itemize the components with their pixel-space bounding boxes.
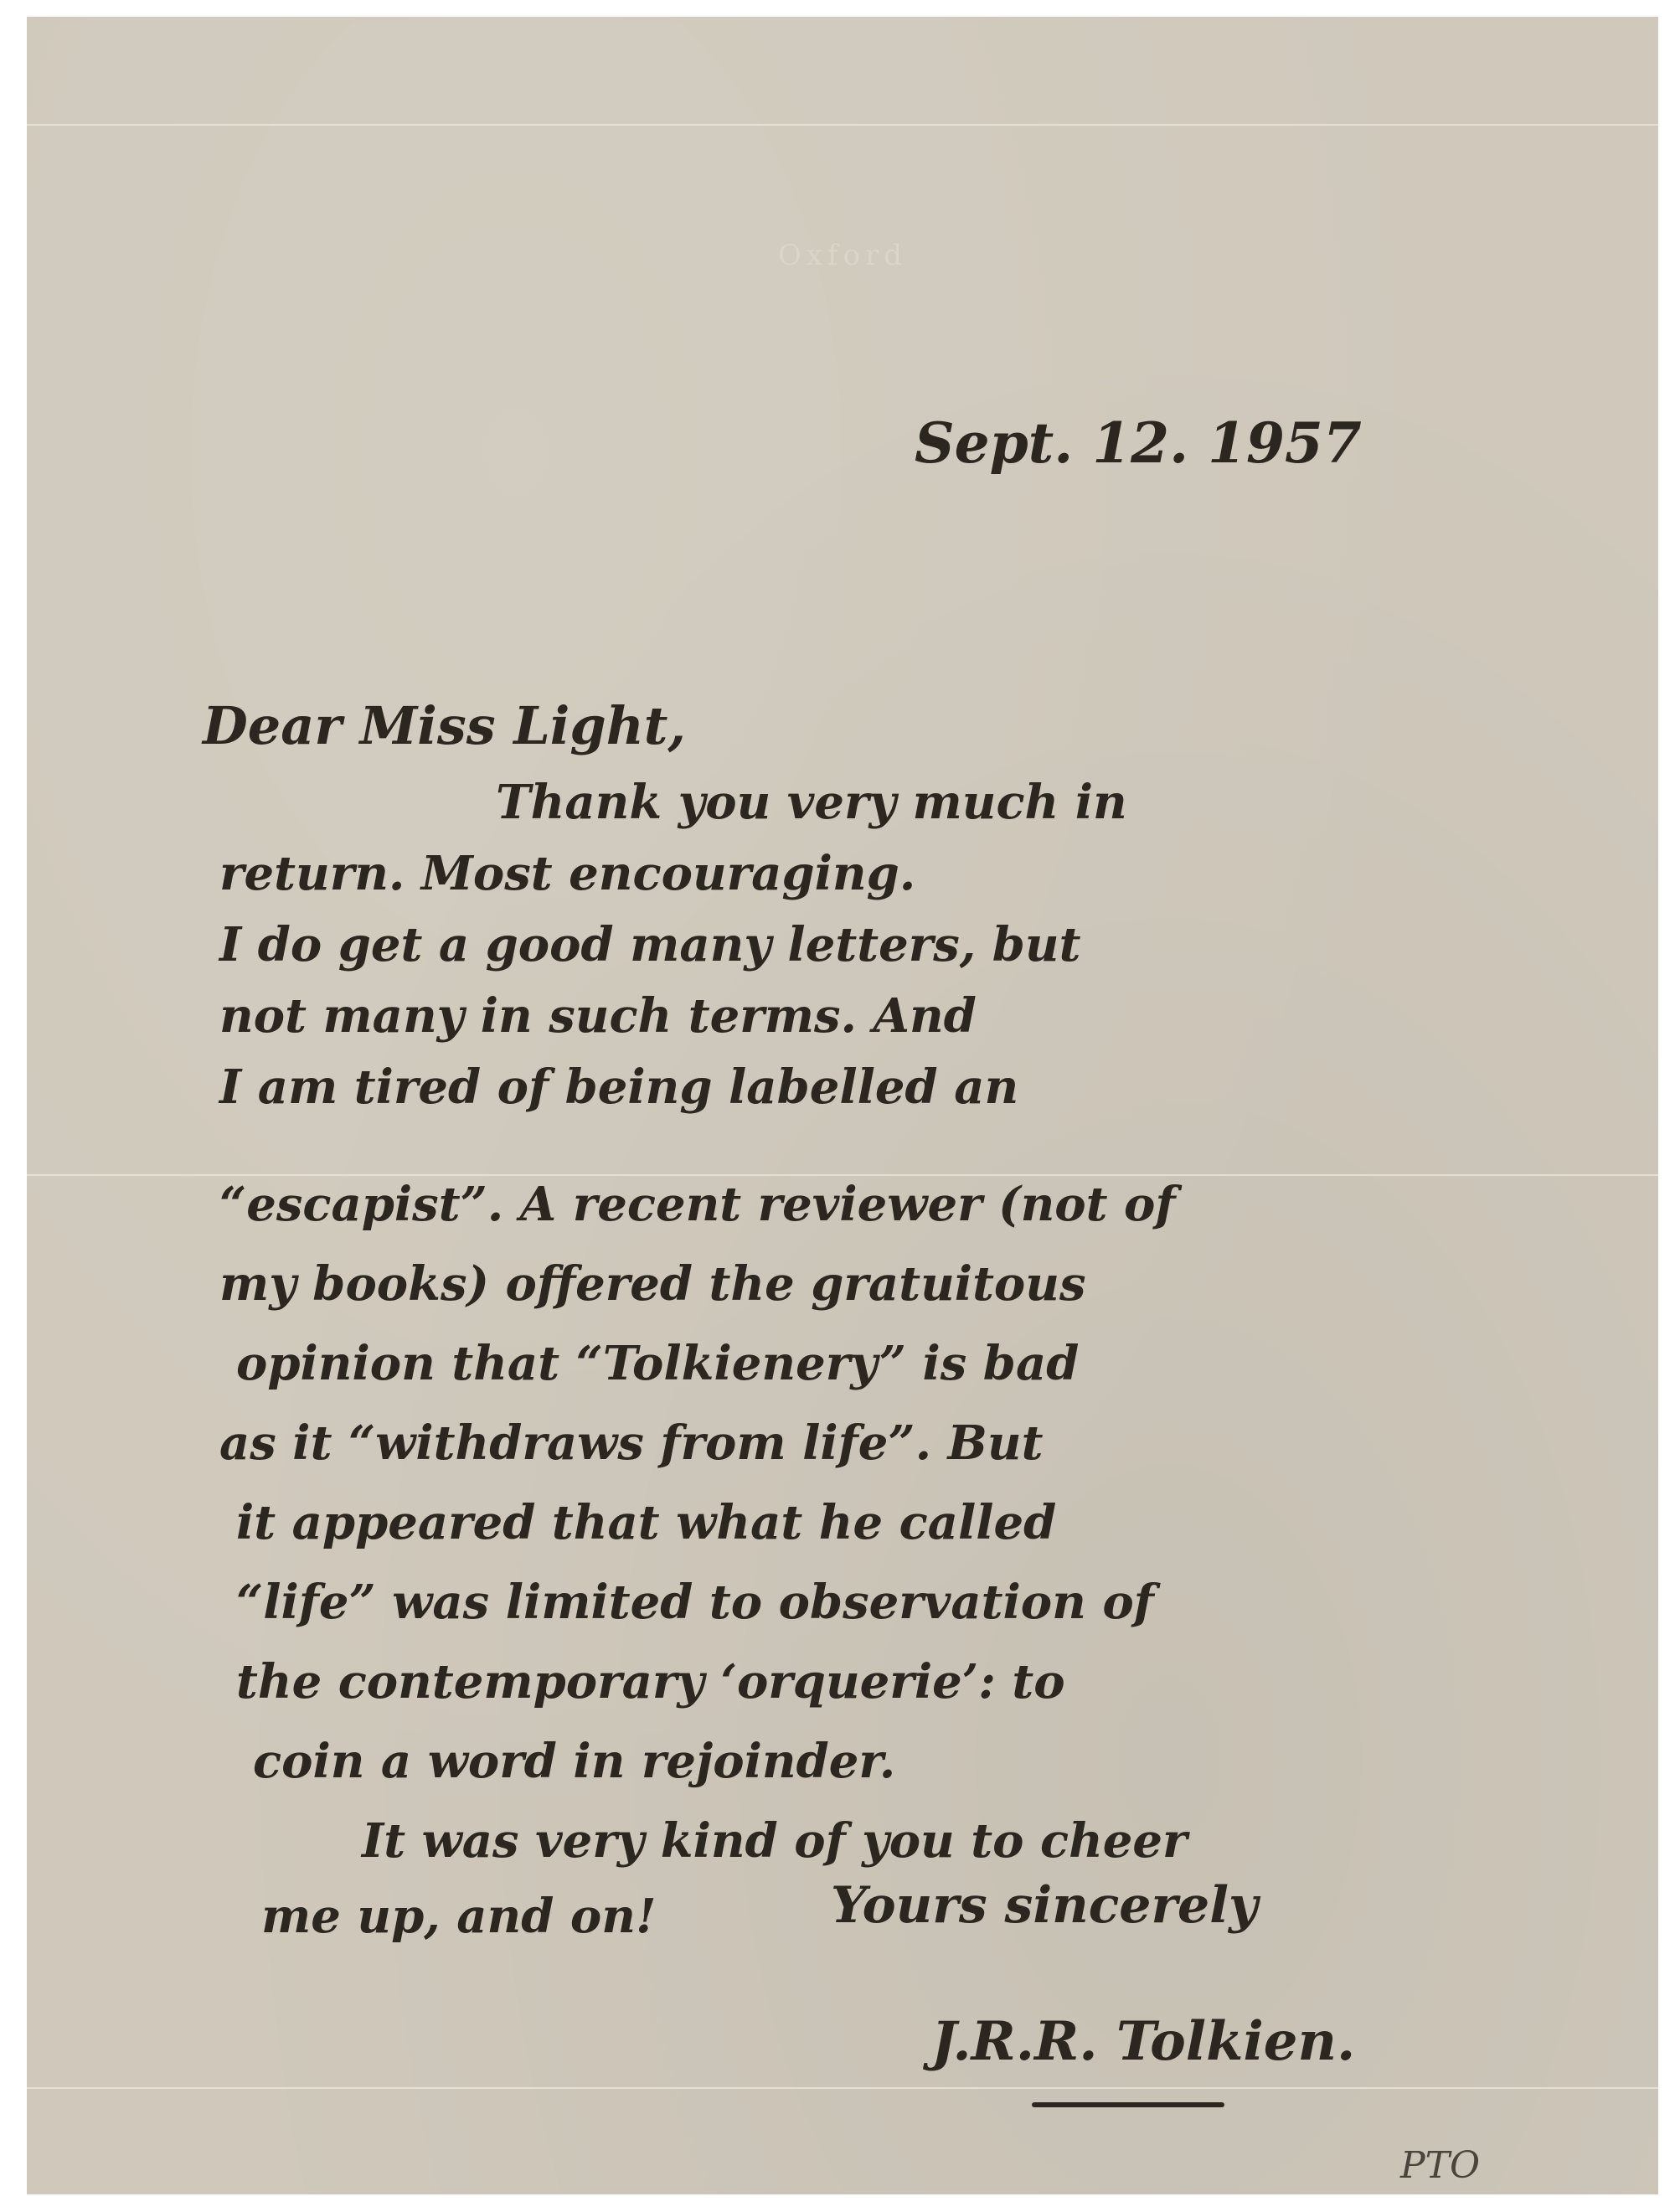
letterhead-city: Oxford [27,239,1658,272]
body-line: not many in such terms. And [219,988,977,1044]
body-line: I do get a good many letters, but [219,917,1080,972]
fold-crease-top [27,124,1658,126]
fold-crease-middle [27,1174,1658,1176]
letter-salutation: Dear Miss Light, [203,695,686,756]
letter-date: Sept. 12. 1957 [915,410,1362,476]
body-line: as it “withdraws from life”. But [219,1415,1043,1471]
fold-crease-bottom [27,2087,1658,2089]
body-line: “escapist”. A recent reviewer (not of [219,1177,1175,1232]
body-line: return. Most encouraging. [219,846,915,901]
body-line: It was very kind of you to cheer [362,1813,1188,1869]
signature-underline [1032,2102,1224,2107]
letter-signature: J.R.R. Tolkien. [931,2010,1355,2073]
pto-note: PTO [1400,2144,1480,2187]
letter-page: Oxford Sept. 12. 1957 Dear Miss Light, T… [27,17,1658,2194]
body-line: my books) offered the gratuitous [219,1256,1086,1312]
body-line: “life” was limited to observation of [236,1575,1154,1630]
letter-closing: Yours sincerely [831,1876,1258,1935]
body-line: coin a word in rejoinder. [253,1734,895,1789]
body-line: the contemporary ‘orquerie’: to [236,1654,1065,1709]
body-line: opinion that “Tolkienery” is bad [236,1336,1079,1391]
body-line: me up, and on! [261,1889,657,1944]
body-line: it appeared that what he called [236,1495,1056,1550]
body-line: I am tired of being labelled an [219,1060,1018,1115]
body-line: Thank you very much in [496,775,1127,830]
